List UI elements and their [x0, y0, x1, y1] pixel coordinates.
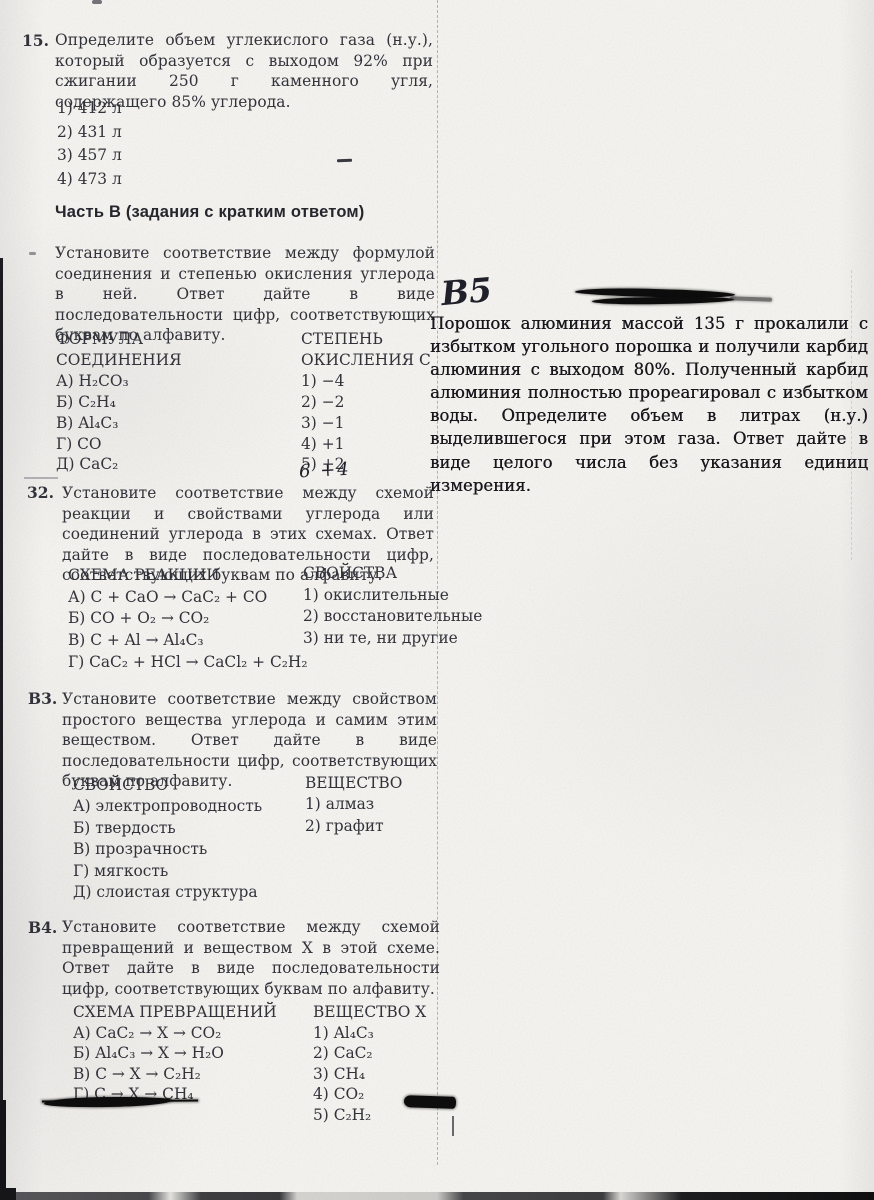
match-item: Б) Al₄C₃ → X → H₂O [73, 1043, 277, 1064]
b2-right-column: СВОЙСТВА 1) окислительные 2) восстановит… [303, 563, 482, 650]
b4-left-header: СХЕМА ПРЕВРАЩЕНИЙ [73, 1002, 277, 1023]
match-item: А) электропроводность [73, 796, 262, 817]
match-item: 5) C₂H₂ [313, 1105, 426, 1126]
b3-right-column: ВЕЩЕСТВО 1) алмаз 2) графит [305, 773, 402, 837]
scan-underline-artifact [24, 477, 58, 479]
scan-left-edge-line [0, 258, 3, 1200]
scan-bottom-left-corner [0, 1188, 16, 1200]
match-item: 2) восстановительные [303, 606, 482, 628]
match-item: 1) окислительные [303, 585, 482, 607]
b1-left-header-line2: СОЕДИНЕНИЯ [56, 350, 182, 371]
match-item: 1) −4 [301, 371, 431, 392]
match-item: А) C + CaO → CaC₂ + CO [68, 587, 308, 609]
question-b2-number: 32. [27, 483, 54, 502]
match-item: 3) CH₄ [313, 1064, 426, 1085]
scan-tick-mark [452, 1116, 454, 1136]
option-1: 1) 412 л [57, 97, 122, 121]
match-item: Д) слоистая структура [73, 882, 262, 903]
option-4: 4) 473 л [57, 168, 122, 192]
option-3: 3) 457 л [57, 144, 122, 168]
marker-strike-bottom-left [44, 1096, 172, 1108]
handwritten-answer-b1: 6 +4 [298, 459, 351, 483]
match-item: 2) графит [305, 816, 402, 837]
b3-left-column: СВОЙСТВО А) электропроводность Б) твердо… [73, 775, 262, 903]
match-item: В) C → X → C₂H₂ [73, 1064, 277, 1085]
match-item: 1) алмаз [305, 794, 402, 815]
question-b3-number: В3. [28, 689, 57, 708]
match-item: Д) CaC₂ [56, 454, 182, 475]
question-b4-text: Установите соответствие между схемой пре… [62, 917, 440, 999]
pencil-dash-mark [337, 159, 352, 162]
b4-left-column: СХЕМА ПРЕВРАЩЕНИЙ А) CaC₂ → X → CO₂ Б) A… [73, 1002, 277, 1105]
match-item: 2) −2 [301, 392, 431, 413]
match-item: Б) C₂H₄ [56, 392, 182, 413]
question-15-number: 15. [22, 31, 49, 50]
scan-left-edge-thick [0, 1100, 6, 1200]
match-item: 4) +1 [301, 434, 431, 455]
option-2: 2) 431 л [57, 121, 122, 145]
b3-left-header: СВОЙСТВО [73, 775, 262, 796]
question-b1-number-mark [29, 252, 36, 255]
b1-left-column: ФОРМУЛА СОЕДИНЕНИЯ А) H₂CO₃ Б) C₂H₄ В) A… [56, 329, 182, 475]
marker-scribble-tail [730, 296, 772, 301]
scan-bottom-band [0, 1192, 874, 1200]
match-item: А) H₂CO₃ [56, 371, 182, 392]
question-15-options: 1) 412 л 2) 431 л 3) 457 л 4) 473 л [57, 97, 122, 191]
match-item: В) прозрачность [73, 839, 262, 860]
match-item: 1) Al₄C₃ [313, 1023, 426, 1044]
marker-scribble-top-right-2 [592, 296, 734, 305]
b2-right-header: СВОЙСТВА [303, 563, 482, 585]
match-item: 3) ни те, ни другие [303, 628, 482, 650]
question-b4-number: В4. [28, 918, 57, 937]
match-item: В) C + Al → Al₄C₃ [68, 630, 308, 652]
b1-right-header-line2: ОКИСЛЕНИЯ С [301, 350, 431, 371]
match-item: В) Al₄C₃ [56, 413, 182, 434]
question-b5-text: Порошок алюминия массой 135 г прокалили … [430, 312, 868, 497]
scan-speck-top [92, 0, 102, 4]
b2-left-column: СХЕМА РЕАКЦИИ А) C + CaO → CaC₂ + CO Б) … [68, 565, 308, 674]
marker-blob-bottom-center [404, 1095, 456, 1109]
b1-left-header-line1: ФОРМУЛА [56, 329, 182, 350]
match-item: Б) CO + O₂ → CO₂ [68, 608, 308, 630]
b4-right-header: ВЕЩЕСТВО X [313, 1002, 426, 1023]
match-item: Г) CO [56, 434, 182, 455]
match-item: 3) −1 [301, 413, 431, 434]
match-item: Б) твердость [73, 818, 262, 839]
b1-right-column: СТЕПЕНЬ ОКИСЛЕНИЯ С 1) −4 2) −2 3) −1 4)… [301, 329, 431, 475]
b2-left-header: СХЕМА РЕАКЦИИ [68, 565, 308, 587]
handwritten-label-b5: В5 [439, 270, 493, 313]
match-item: Г) мягкость [73, 861, 262, 882]
b3-right-header: ВЕЩЕСТВО [305, 773, 402, 794]
scanned-exam-page: 15. Определите объем углекислого газа (н… [0, 0, 874, 1200]
b1-right-header-line1: СТЕПЕНЬ [301, 329, 431, 350]
part-b-heading: Часть В (задания с кратким ответом) [55, 203, 365, 222]
match-item: 2) CaC₂ [313, 1043, 426, 1064]
match-item: Г) CaC₂ + HCl → CaCl₂ + C₂H₂ [68, 652, 308, 674]
match-item: А) CaC₂ → X → CO₂ [73, 1023, 277, 1044]
